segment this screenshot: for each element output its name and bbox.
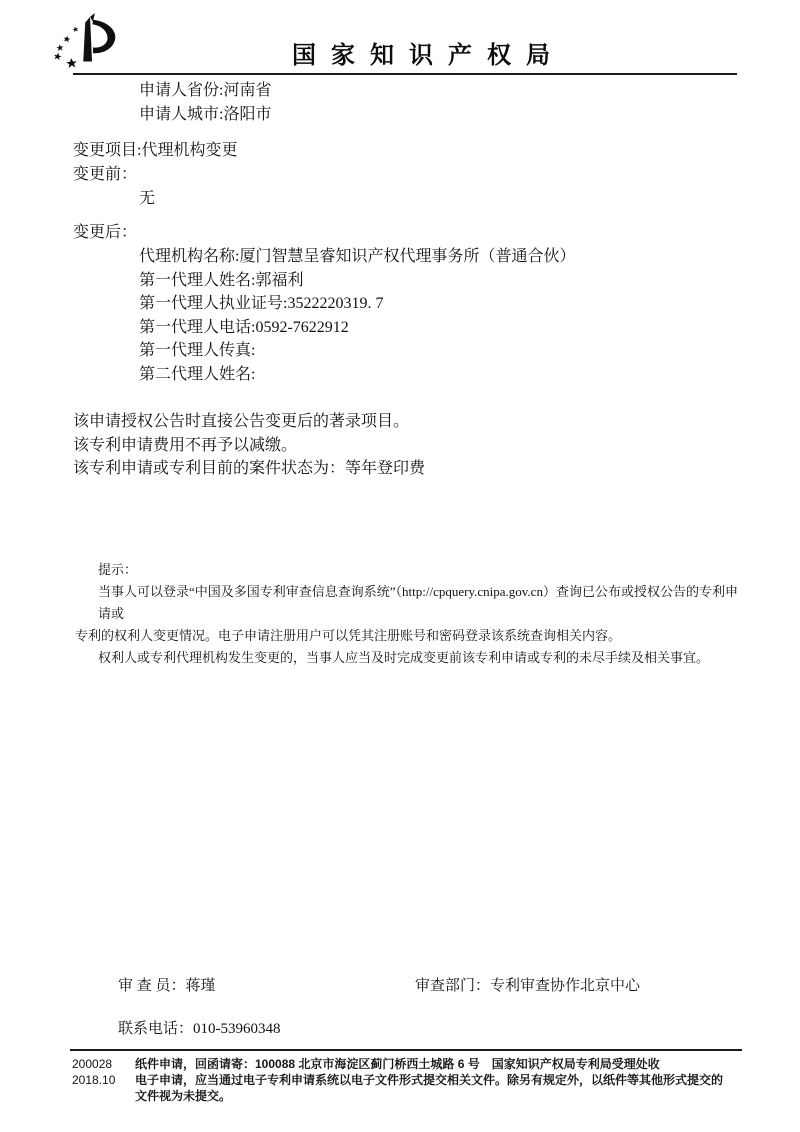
header-divider [73,73,737,75]
applicant-info: 申请人省份:河南省 申请人城市:洛阳市 [139,79,271,126]
first-agent-fax-line: 第一代理人传真: [139,339,575,363]
contact-phone-field: 联系电话：010-53960348 [118,1017,281,1038]
footer-efiling-line: 电子申请，应当通过电子专利申请系统以电子文件形式提交相关文件。除另有规定外，以纸… [135,1072,747,1088]
cnipa-logo-icon [48,12,136,76]
first-agent-name-line: 第一代理人姓名:郭福利 [139,269,575,293]
footer-paper-filing-line: 纸件申请，回函请寄：100088 北京市海淀区蓟门桥西土城路 6 号 国家知识产… [135,1056,747,1072]
form-code-block: 200028 2018.10 [72,1056,115,1088]
second-agent-name-line: 第二代理人姓名: [139,363,575,387]
applicant-province-line: 申请人省份:河南省 [139,79,271,103]
note-case-status-line: 该专利申请或专利目前的案件状态为：等年登印费 [73,457,425,481]
notes-section: 该申请授权公告时直接公告变更后的著录项目。 该专利申请费用不再予以减缴。 该专利… [73,410,425,481]
applicant-city-line: 申请人城市:洛阳市 [139,103,271,127]
examiner-label: 审 查 员： [118,978,186,994]
change-before-value: 无 [139,187,155,211]
form-code: 200028 [72,1056,115,1072]
tips-line-1: 当事人可以登录“中国及多国专利审查信息查询系统”（http://cpquery.… [75,581,740,625]
tips-label: 提示： [75,559,740,581]
note-publication-line: 该申请授权公告时直接公告变更后的著录项目。 [73,410,425,434]
department-label: 审查部门： [415,978,490,994]
note-fee-line: 该专利申请费用不再予以减缴。 [73,434,425,458]
tips-line-3: 权利人或专利代理机构发生变更的，当事人应当及时完成变更前该专利申请或专利的未尽手… [75,647,740,669]
form-date: 2018.10 [72,1072,115,1088]
change-item-line: 变更项目:代理机构变更 [73,139,237,163]
change-after-list: 代理机构名称:厦门智慧呈睿知识产权代理事务所（普通合伙） 第一代理人姓名:郭福利… [139,245,575,387]
department-field: 审查部门：专利审查协作北京中心 [415,974,640,995]
first-agent-license-line: 第一代理人执业证号:3522220319. 7 [139,292,575,316]
examiner-field: 审 查 员：蒋瑾 [118,974,216,995]
contact-phone-number: 010-53960348 [193,1021,281,1037]
agency-name-line: 代理机构名称:厦门智慧呈睿知识产权代理事务所（普通合伙） [139,245,575,269]
tips-section: 提示： 当事人可以登录“中国及多国专利审查信息查询系统”（http://cpqu… [75,559,740,669]
department-name: 专利审查协作北京中心 [490,978,640,994]
contact-phone-label: 联系电话： [118,1021,193,1037]
first-agent-phone-line: 第一代理人电话:0592-7622912 [139,316,575,340]
footer-divider [70,1049,742,1051]
tips-line-2: 专利的权利人变更情况。电子申请注册用户可以凭其注册账号和密码登录该系统查询相关内… [75,625,740,647]
change-before-label: 变更前： [73,163,237,187]
notice-document-page: 国家知识产权局 申请人省份:河南省 申请人城市:洛阳市 变更项目:代理机构变更 … [0,0,800,1132]
footer-efiling-line-cont: 文件视为未提交。 [135,1088,747,1104]
footer-instructions: 纸件申请，回函请寄：100088 北京市海淀区蓟门桥西土城路 6 号 国家知识产… [135,1056,747,1104]
change-item-section: 变更项目:代理机构变更 变更前： [73,139,237,186]
change-after-label: 变更后： [73,221,137,245]
page-title: 国家知识产权局 [292,35,565,70]
examiner-name: 蒋瑾 [186,978,216,994]
